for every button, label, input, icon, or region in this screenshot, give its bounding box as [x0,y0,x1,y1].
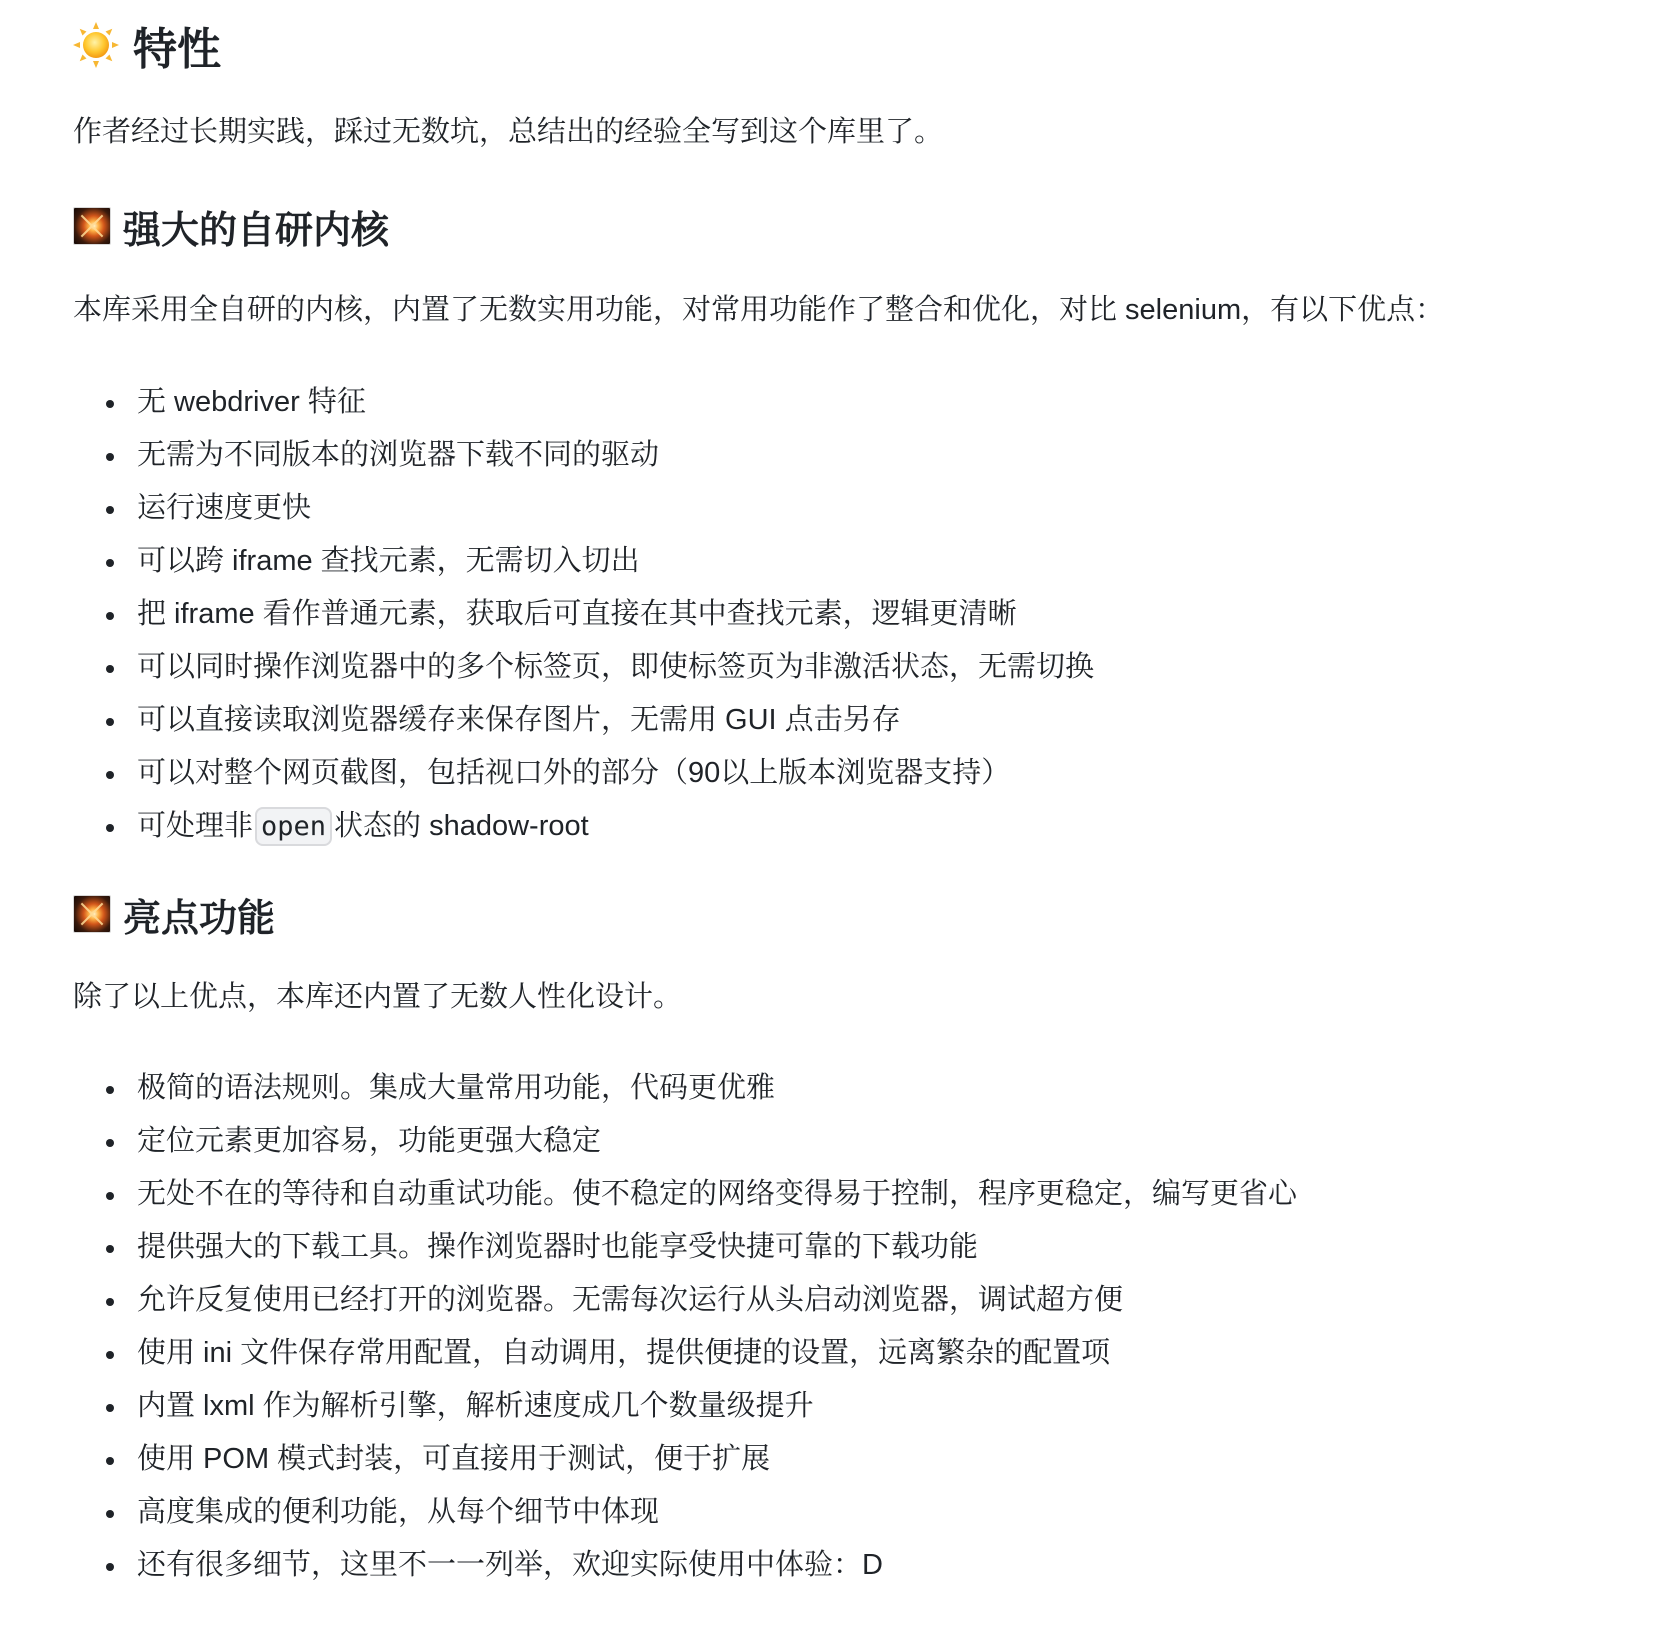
list-item: 无处不在的等待和自动重试功能。使不稳定的网络变得易于控制，程序更稳定，编写更省心 [137,1168,1297,1221]
list-item: 定位元素更加容易，功能更强大稳定 [137,1115,1297,1168]
highlight-features-list: 极简的语法规则。集成大量常用功能，代码更优雅 定位元素更加容易，功能更强大稳定 … [73,1062,1297,1592]
title-text: 特性 [133,13,221,77]
list-item: 可以跨 iframe 查找元素，无需切入切出 [137,535,1094,588]
core-advantages-list: 无 webdriver 特征 无需为不同版本的浏览器下载不同的驱动 运行速度更快… [73,376,1094,853]
list-item: 还有很多细节，这里不一一列举，欢迎实际使用中体验：D [137,1539,1297,1592]
list-item: 无 webdriver 特征 [137,376,1094,429]
intro-paragraph: 作者经过长期实践，踩过无数坑，总结出的经验全写到这个库里了。 [73,112,943,152]
section-heading-core: 强大的自研内核 [73,200,389,252]
list-item: 可处理非open状态的 shadow-root [137,800,1094,853]
list-item-text: 状态的 shadow-root [334,810,589,842]
sun-icon [73,22,119,68]
list-item: 允许反复使用已经打开的浏览器。无需每次运行从头启动浏览器，调试超方便 [137,1274,1297,1327]
inline-code: open [255,807,332,846]
list-item: 无需为不同版本的浏览器下载不同的驱动 [137,429,1094,482]
list-item: 可以同时操作浏览器中的多个标签页，即使标签页为非激活状态，无需切换 [137,641,1094,694]
section-description-highlights: 除了以上优点，本库还内置了无数人性化设计。 [73,977,682,1017]
list-item: 使用 ini 文件保存常用配置，自动调用，提供便捷的设置，远离繁杂的配置项 [137,1327,1297,1380]
sparkler-icon [73,207,111,245]
list-item: 极简的语法规则。集成大量常用功能，代码更优雅 [137,1062,1297,1115]
list-item: 把 iframe 看作普通元素，获取后可直接在其中查找元素，逻辑更清晰 [137,588,1094,641]
section-heading-text: 强大的自研内核 [123,199,389,254]
list-item-text: 可处理非 [137,810,253,842]
page-title: 特性 [73,12,221,78]
list-item: 可以直接读取浏览器缓存来保存图片，无需用 GUI 点击另存 [137,694,1094,747]
list-item: 使用 POM 模式封装，可直接用于测试，便于扩展 [137,1433,1297,1486]
list-item: 内置 lxml 作为解析引擎，解析速度成几个数量级提升 [137,1380,1297,1433]
section-heading-highlights: 亮点功能 [73,888,275,940]
list-item: 可以对整个网页截图，包括视口外的部分（90以上版本浏览器支持） [137,747,1094,800]
list-item: 运行速度更快 [137,482,1094,535]
sparkler-icon [73,895,111,933]
list-item: 高度集成的便利功能，从每个细节中体现 [137,1486,1297,1539]
list-item: 提供强大的下载工具。操作浏览器时也能享受快捷可靠的下载功能 [137,1221,1297,1274]
section-heading-text: 亮点功能 [123,887,275,942]
section-description-core: 本库采用全自研的内核，内置了无数实用功能，对常用功能作了整合和优化，对比 sel… [73,290,1444,330]
